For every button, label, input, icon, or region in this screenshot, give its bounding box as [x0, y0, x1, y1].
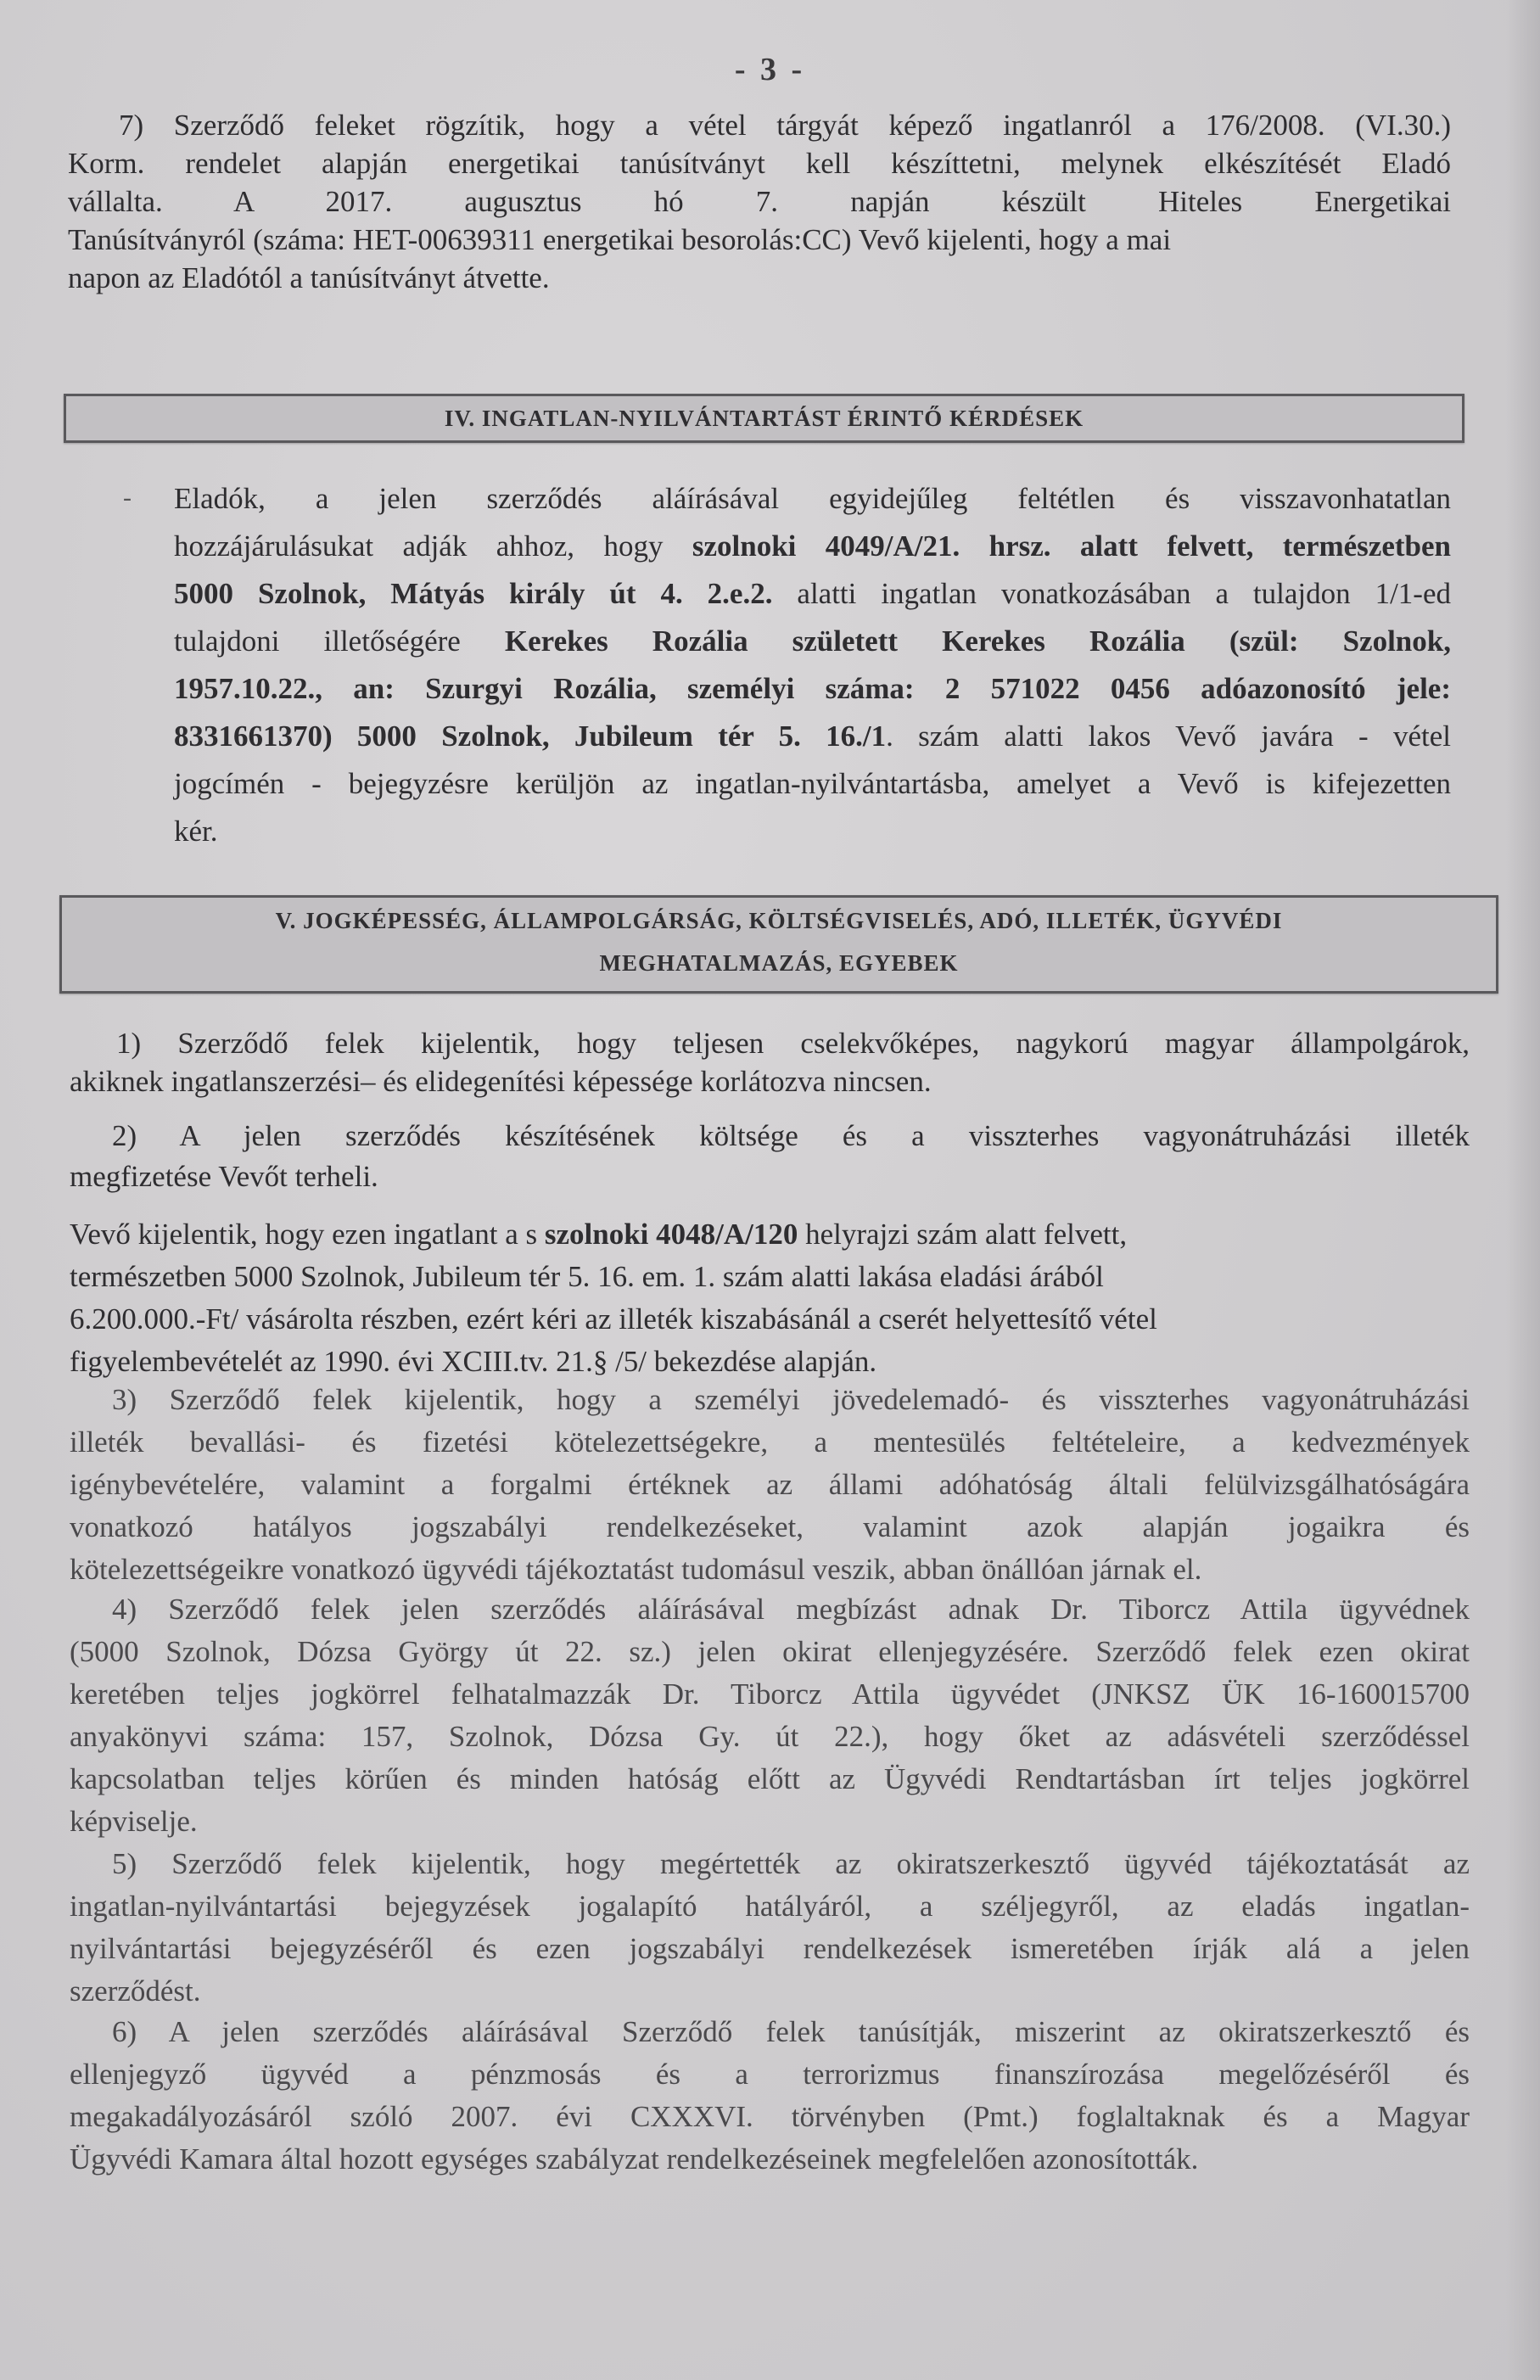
text-line: hozzájárulásukat adják ahhoz, hogy szoln…	[174, 523, 1451, 570]
text-line: Tanúsítványról (száma: HET-00639311 ener…	[68, 221, 1451, 259]
text-line: ellenjegyző ügyvéd a pénzmosás és a terr…	[70, 2053, 1470, 2096]
text-line: 6.200.000.-Ft/ vásárolta részben, ezért …	[70, 1298, 1470, 1341]
bold-text: 8331661370) 5000 Szolnok, Jubileum tér 5…	[174, 720, 886, 753]
text-line: Vevő kijelentik, hogy ezen ingatlant a s…	[70, 1213, 1470, 1256]
text-run: hozzájárulásukat adják ahhoz, hogy	[174, 529, 692, 563]
paragraph-item-6: 6) A jelen szerződés aláírásával Szerződ…	[70, 2011, 1470, 2181]
text-line: 1) Szerződő felek kijelentik, hogy telje…	[70, 1024, 1470, 1062]
page-edge-shadow	[1506, 0, 1540, 2380]
bold-text: 1957.10.22., an: Szurgyi Rozália, személ…	[174, 672, 1451, 705]
text-line: 8331661370) 5000 Szolnok, Jubileum tér 5…	[174, 713, 1451, 760]
text-line: illeték bevallási- és fizetési kötelezet…	[70, 1421, 1470, 1464]
text-run: kér.	[174, 815, 218, 848]
paragraph-item-7: 7) Szerződő feleket rögzítik, hogy a vét…	[68, 106, 1451, 297]
text-line: 2) A jelen szerződés készítésének költsé…	[70, 1116, 1470, 1156]
text-run: Eladók, a jelen szerződés aláírásával eg…	[174, 482, 1451, 515]
text-line: Ügyvédi Kamara által hozott egységes sza…	[70, 2138, 1470, 2181]
list-bullet: -	[123, 484, 132, 512]
text-line: 5000 Szolnok, Mátyás király út 4. 2.e.2.…	[174, 570, 1451, 618]
text-line: megfizetése Vevőt terheli.	[70, 1156, 1470, 1197]
text-line: jogcímén - bejegyzésre kerüljön az ingat…	[174, 760, 1451, 808]
text-run: természetben 5000 Szolnok, Jubileum tér …	[70, 1260, 1104, 1293]
text-line: vonatkozó hatályos jogszabályi rendelkez…	[70, 1506, 1470, 1548]
section-title-v-line-1: V. JOGKÉPESSÉG, ÁLLAMPOLGÁRSÁG, KÖLTSÉGV…	[62, 899, 1496, 942]
text-line: 5) Szerződő felek kijelentik, hogy megér…	[70, 1843, 1470, 1885]
text-run: helyrajzi szám alatt felvett,	[798, 1218, 1127, 1251]
text-line: természetben 5000 Szolnok, Jubileum tér …	[70, 1256, 1470, 1298]
text-line: figyelembevételét az 1990. évi XCIII.tv.…	[70, 1341, 1470, 1383]
paragraph-item-5: 5) Szerződő felek kijelentik, hogy megér…	[70, 1843, 1470, 2013]
section-header-v: V. JOGKÉPESSÉG, ÁLLAMPOLGÁRSÁG, KÖLTSÉGV…	[59, 895, 1498, 994]
text-line: keretében teljes jogkörrel felhatalmazzá…	[70, 1673, 1470, 1716]
text-line: 1957.10.22., an: Szurgyi Rozália, személ…	[174, 665, 1451, 713]
paragraph-item-3: 3) Szerződő felek kijelentik, hogy a sze…	[70, 1379, 1470, 1591]
text-run: figyelembevételét az 1990. évi XCIII.tv.…	[70, 1345, 876, 1378]
bold-text: 5000 Szolnok, Mátyás király út 4. 2.e.2.	[174, 577, 772, 610]
text-run: alatti ingatlan vonatkozásában a tulajdo…	[772, 577, 1451, 610]
paragraph-item-1: 1) Szerződő felek kijelentik, hogy telje…	[70, 1024, 1470, 1100]
text-line: 7) Szerződő feleket rögzítik, hogy a vét…	[68, 106, 1451, 144]
text-line: Korm. rendelet alapján energetikai tanús…	[68, 144, 1451, 182]
text-line: 3) Szerződő felek kijelentik, hogy a sze…	[70, 1379, 1470, 1421]
text-run: jogcímén - bejegyzésre kerüljön az ingat…	[174, 767, 1451, 800]
text-line: nyilvántartási bejegyzéséről és ezen jog…	[70, 1928, 1470, 1970]
bold-text: Kerekes Rozália született Kerekes Rozáli…	[505, 624, 1451, 658]
text-line: Eladók, a jelen szerződés aláírásával eg…	[174, 475, 1451, 523]
text-line: (5000 Szolnok, Dózsa György út 22. sz.) …	[70, 1631, 1470, 1673]
text-line: 6) A jelen szerződés aláírásával Szerződ…	[70, 2011, 1470, 2053]
text-line: megakadályozásáról szóló 2007. évi CXXXV…	[70, 2096, 1470, 2138]
bold-text: szolnoki 4049/A/21. hrsz. alatt felvett,…	[692, 529, 1451, 563]
section-title-v-line-2: MEGHATALMAZÁS, EGYEBEK	[62, 942, 1496, 984]
text-line: vállalta. A 2017. augusztus hó 7. napján…	[68, 182, 1451, 221]
text-line: kötelezettségeikre vonatkozó ügyvédi táj…	[70, 1548, 1470, 1591]
section-header-iv: IV. INGATLAN-NYILVÁNTARTÁST ÉRINTŐ KÉRDÉ…	[64, 394, 1464, 443]
text-line: 4) Szerződő felek jelen szerződés aláírá…	[70, 1588, 1470, 1631]
text-run: 6.200.000.-Ft/ vásárolta részben, ezért …	[70, 1302, 1157, 1336]
text-line: szerződést.	[70, 1970, 1470, 2013]
text-line: kér.	[174, 808, 1451, 855]
text-line: kapcsolatban teljes körűen és minden hat…	[70, 1758, 1470, 1800]
paragraph-item-4: 4) Szerződő felek jelen szerződés aláírá…	[70, 1588, 1470, 1843]
paragraph-section-iv: Eladók, a jelen szerződés aláírásával eg…	[174, 475, 1451, 855]
page-number: - 3 -	[0, 51, 1540, 88]
text-run: Vevő kijelentik, hogy ezen ingatlant a s	[70, 1218, 545, 1251]
paragraph-item-2: 2) A jelen szerződés készítésének költsé…	[70, 1116, 1470, 1197]
text-run: tulajdoni illetőségére	[174, 624, 505, 658]
text-line: képviselje.	[70, 1800, 1470, 1843]
document-page: - 3 - 7) Szerződő feleket rögzítik, hogy…	[0, 0, 1540, 2380]
paragraph-item-2-note: Vevő kijelentik, hogy ezen ingatlant a s…	[70, 1213, 1470, 1383]
text-line: akiknek ingatlanszerzési– és elidegeníté…	[70, 1062, 1470, 1100]
text-line: igénybevételére, valamint a forgalmi ért…	[70, 1464, 1470, 1506]
bold-text: szolnoki 4048/A/120	[545, 1218, 798, 1251]
text-line: tulajdoni illetőségére Kerekes Rozália s…	[174, 618, 1451, 665]
text-line: ingatlan-nyilvántartási bejegyzések joga…	[70, 1885, 1470, 1928]
text-run: . szám alatti lakos Vevő javára - vétel	[886, 720, 1451, 753]
text-line: anyakönyvi száma: 157, Szolnok, Dózsa Gy…	[70, 1716, 1470, 1758]
text-line: napon az Eladótól a tanúsítványt átvette…	[68, 259, 1451, 297]
section-title-iv: IV. INGATLAN-NYILVÁNTARTÁST ÉRINTŐ KÉRDÉ…	[66, 396, 1462, 440]
